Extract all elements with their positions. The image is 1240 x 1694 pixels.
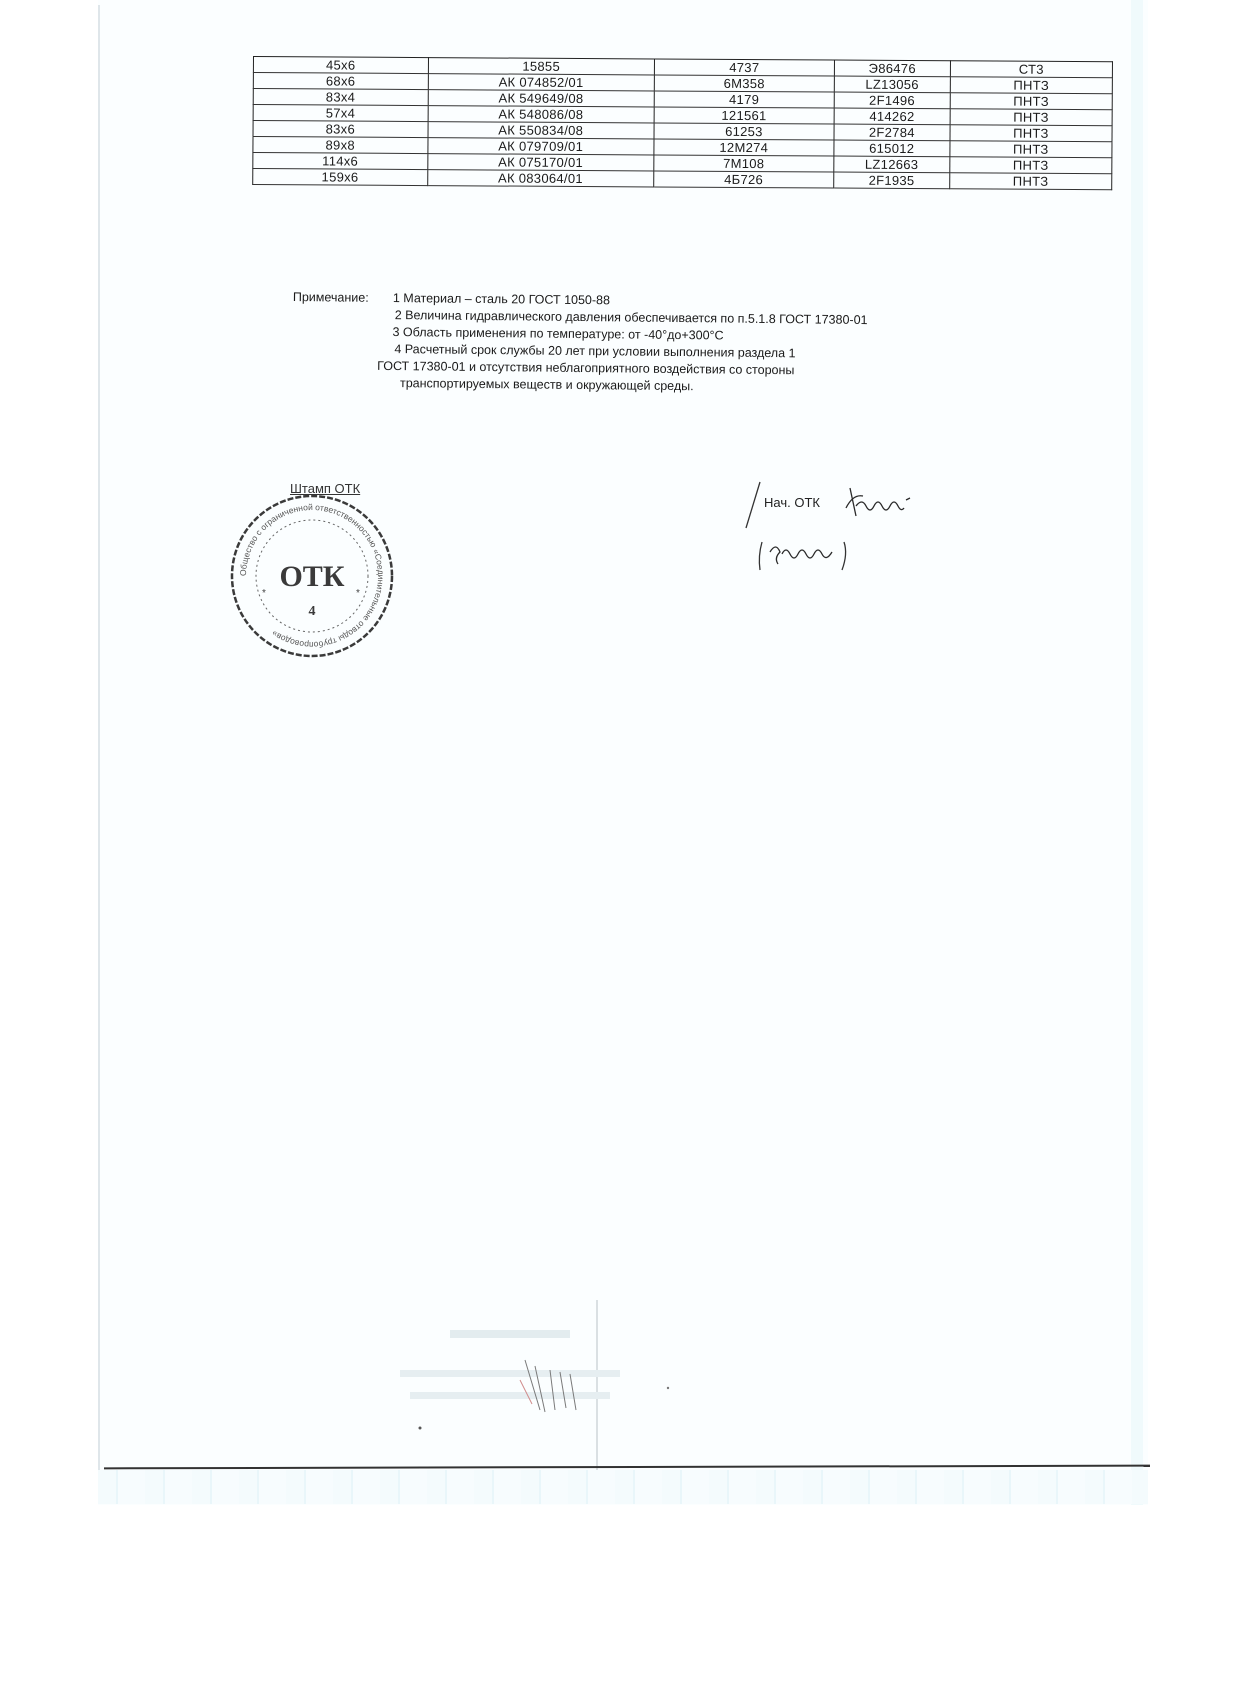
table-cell: 89x8	[253, 137, 428, 154]
table-cell: 45x6	[253, 57, 428, 74]
signature-block: Нач. ОТК	[738, 480, 968, 590]
table-cell: 57x4	[253, 105, 428, 122]
table-cell: АК 550834/08	[428, 122, 654, 139]
scan-edge-right	[1131, 0, 1143, 1505]
table-cell: 83x6	[253, 121, 428, 138]
faded-stamp-icon	[380, 1300, 710, 1470]
table-cell: 15855	[428, 58, 654, 75]
table-cell: 2F1935	[834, 172, 950, 189]
table-cell: ПНТЗ	[950, 93, 1112, 110]
table-cell: 615012	[834, 140, 950, 157]
table-cell: ПНТЗ	[949, 173, 1111, 190]
table-cell: 159x6	[253, 169, 428, 186]
table-cell: АК 549649/08	[428, 90, 654, 107]
table-cell: 121561	[654, 107, 834, 124]
table-cell: ПНТЗ	[950, 125, 1112, 142]
table-cell: 7М108	[654, 155, 834, 172]
table-cell: АК 074852/01	[428, 74, 654, 91]
table-cell: 2F1496	[834, 92, 950, 109]
parts-table: 45x6158554737Э86476СТ368x6АК 074852/016М…	[252, 56, 1113, 190]
table-cell: ПНТЗ	[950, 157, 1112, 174]
table-cell: ПНТЗ	[950, 141, 1112, 158]
svg-text:*: *	[356, 588, 360, 599]
stamp-number: 4	[309, 604, 316, 619]
table-cell: LZ12663	[834, 156, 950, 173]
table-cell: АК 075170/01	[427, 154, 653, 171]
handwritten-signature-icon	[738, 480, 968, 590]
table-cell: LZ13056	[834, 76, 950, 93]
table-cell: 114x6	[253, 153, 428, 170]
svg-text:*: *	[262, 588, 266, 599]
otk-stamp-icon: Общество с ограниченной ответственностью…	[228, 490, 396, 662]
table-cell: 2F2784	[834, 124, 950, 141]
table-cell: 83x4	[253, 89, 428, 106]
table-cell: АК 548086/08	[428, 106, 654, 123]
table-cell: ПНТЗ	[950, 109, 1112, 126]
table-cell: 414262	[834, 108, 950, 125]
table-cell: АК 083064/01	[427, 170, 653, 187]
notes-label: Примечание:	[293, 289, 369, 307]
notes-block: Примечание: 1 Материал – сталь 20 ГОСТ 1…	[292, 289, 1013, 399]
table-cell: СТ3	[950, 61, 1112, 78]
table-cell: АК 079709/01	[427, 138, 653, 155]
table-cell: 4Б726	[654, 171, 834, 188]
table-cell: 12М274	[654, 139, 834, 156]
table-cell: Э86476	[834, 60, 950, 77]
table-cell: 6М358	[654, 75, 834, 92]
table-cell: 4737	[654, 59, 834, 76]
table-cell: 61253	[654, 123, 834, 140]
table-cell: 68x6	[253, 73, 428, 90]
scanned-page	[98, 0, 1148, 1505]
stamp-center-text: ОТК	[279, 560, 344, 593]
table-cell: ПНТЗ	[950, 77, 1112, 94]
bottom-scan-strip	[98, 1470, 1148, 1504]
table-cell: 4179	[654, 91, 834, 108]
scan-edge-left	[98, 5, 100, 1495]
